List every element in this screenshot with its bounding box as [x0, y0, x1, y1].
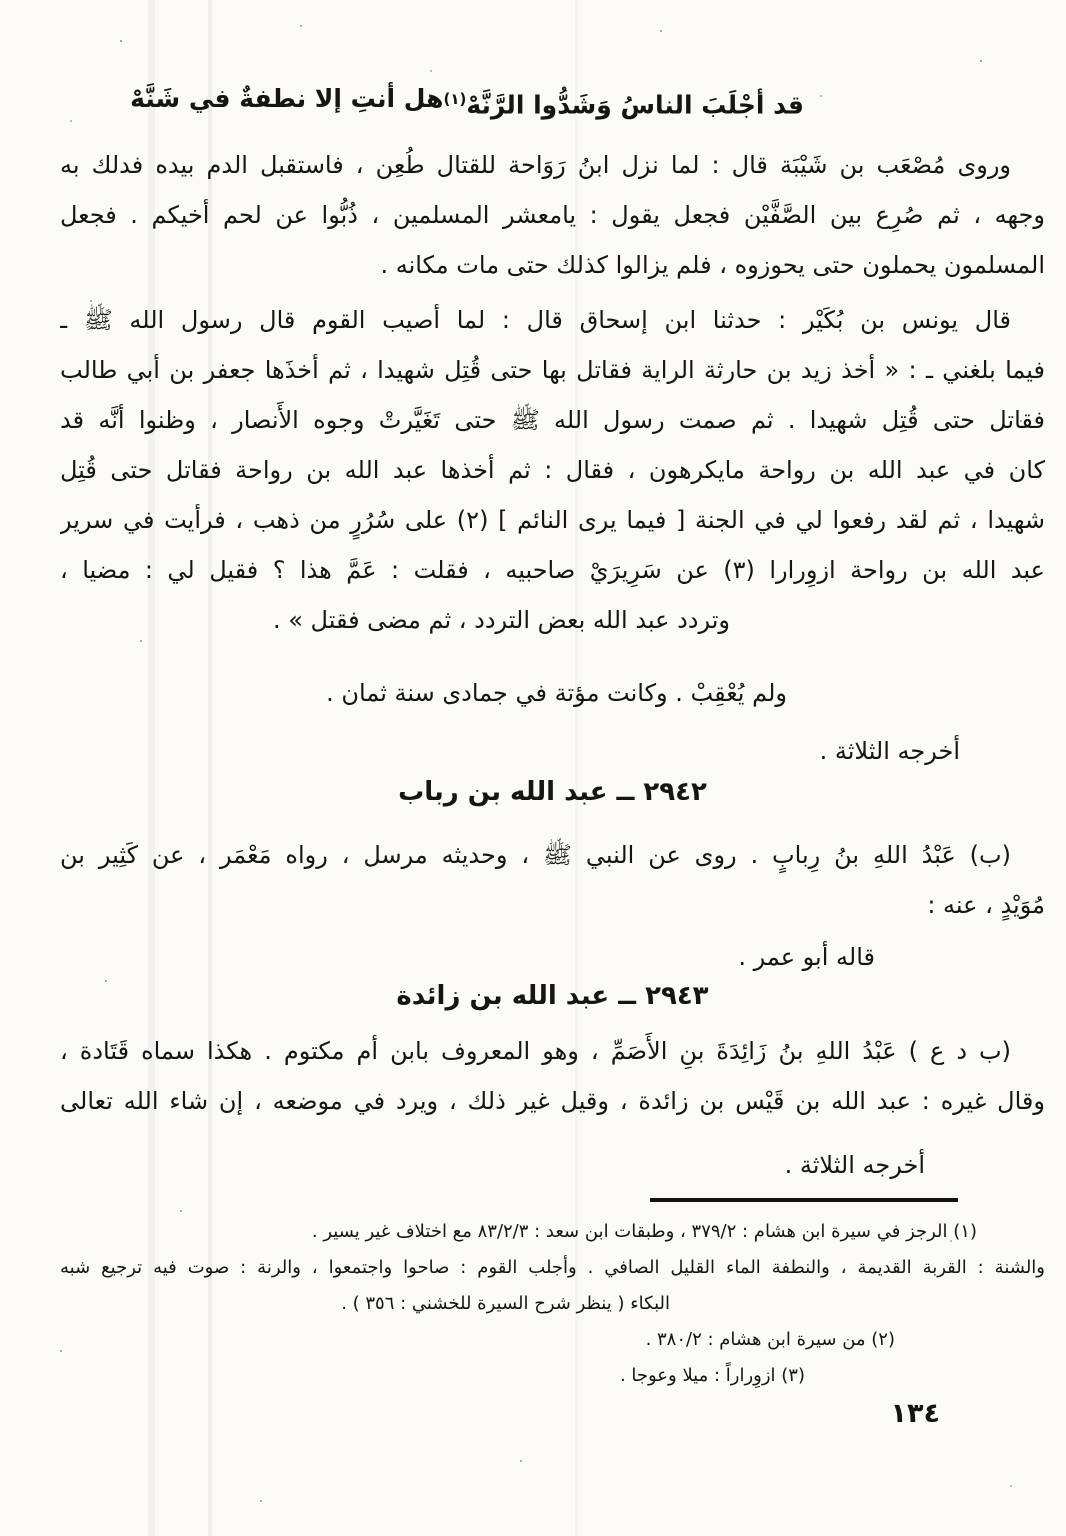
- body-line: فيما بلغني ـ : « أخذ زيد بن حارثة الراية…: [60, 345, 1045, 395]
- body-line: وقال غيره : عبد الله بن قَيْس بن زائدة ،…: [60, 1076, 1045, 1126]
- entry-2942-heading-row: ٢٩٤٢ ــ عبد الله بن رباب: [60, 770, 1045, 814]
- takhrij-line-1: أخرجه الثلاثة .: [60, 726, 1045, 776]
- body-line: وجهه ، ثم صُرِع بين الصَّفَّيْن فجعل يقو…: [60, 190, 1045, 240]
- body-line: (ب) عَبْدُ اللهِ بنُ رِبابٍ . روى عن الن…: [60, 830, 1045, 880]
- footnote-line: البكاء ( ينظر شرح السيرة للخشني : ٣٥٦ ) …: [60, 1286, 1045, 1322]
- entry-2943-takhrij: أخرجه الثلاثة .: [60, 1140, 1045, 1190]
- footnote-line: والشنة : القربة القديمة ، والنطفة الماء …: [60, 1250, 1045, 1286]
- footnotes-block: (١) الرجز في سيرة ابن هشام : ٣٧٩/٢ ، وطب…: [60, 1214, 1045, 1394]
- verse-left-hemistich: قد أجْلَبَ الناسُ وَشَدُّوا الرَّنَّهْ(١…: [443, 76, 804, 128]
- takhrij-text: أخرجه الثلاثة .: [60, 726, 1045, 776]
- scan-speckles: [0, 0, 2, 2]
- verse-right-hemistich: هل أنتِ إلا نطفةٌ في شَنَّهْ: [130, 76, 443, 128]
- body-line: شهيدا ، ثم لقد رفعوا لي في الجنة [ فيما …: [60, 495, 1045, 545]
- entry-2943-body: (ب د ع ) عَبْدُ اللهِ بنُ زَائِدَةَ بنِ …: [60, 1026, 1045, 1126]
- body-line: كان في عبد الله بن رواحة مايكرهون ، فقال…: [60, 445, 1045, 495]
- scanned-book-page: قد أجْلَبَ الناسُ وَشَدُّوا الرَّنَّهْ(١…: [0, 0, 1066, 1536]
- closing-block: ولم يُعْقِبْ . وكانت مؤتة في جمادى سنة ث…: [60, 668, 1045, 718]
- page-number: ١٣٤: [891, 1396, 940, 1432]
- footnote-line: (٢) من سيرة ابن هشام : ٣٨٠/٢ .: [60, 1322, 1045, 1358]
- body-line: المسلمون يحملون حتى يحوزوه ، فلم يزالوا …: [60, 240, 1045, 290]
- paragraph-yunus: قال يونس بن بُكَيْر : حدثنا ابن إسحاق قا…: [60, 295, 1045, 645]
- mutah-date-line: ولم يُعْقِبْ . وكانت مؤتة في جمادى سنة ث…: [60, 668, 1045, 718]
- entry-2942-body: (ب) عَبْدُ اللهِ بنُ رِبابٍ . روى عن الن…: [60, 830, 1045, 930]
- paragraph-musab: وروى مُصْعَب بن شَيْبَة قال : لما نزل اب…: [60, 140, 1045, 290]
- body-line: عبد الله بن رواحة ازوِرارا (٣) عن سَرِير…: [60, 545, 1045, 595]
- footnote-divider: [650, 1198, 958, 1202]
- body-line: وتردد عبد الله بعض التردد ، ثم مضى فقتل …: [60, 595, 1045, 645]
- body-line: (ب د ع ) عَبْدُ اللهِ بنُ زَائِدَةَ بنِ …: [60, 1026, 1045, 1076]
- takhrij-text: أخرجه الثلاثة .: [60, 1140, 1045, 1190]
- verse-left-text: قد أجْلَبَ الناسُ وَشَدُّوا الرَّنَّهْ: [466, 90, 804, 119]
- footnote-line: (٣) ازوِراراً : ميلا وعوجا .: [60, 1358, 1045, 1394]
- body-line: فقاتل حتى قُتِل شهيدا . ثم صمت رسول الله…: [60, 395, 1045, 445]
- body-line: وروى مُصْعَب بن شَيْبَة قال : لما نزل اب…: [60, 140, 1045, 190]
- entry-2943-heading-row: ٢٩٤٣ ــ عبد الله بن زائدة: [60, 974, 1045, 1018]
- entry-heading: ٢٩٤٣ ــ عبد الله بن زائدة: [60, 974, 1045, 1018]
- entry-heading: ٢٩٤٢ ــ عبد الله بن رباب: [60, 770, 1045, 814]
- poetry-verse: قد أجْلَبَ الناسُ وَشَدُّوا الرَّنَّهْ(١…: [182, 76, 804, 128]
- body-line: مُوَيْدٍ ، عنه :: [60, 880, 1045, 930]
- body-line: قال يونس بن بُكَيْر : حدثنا ابن إسحاق قا…: [60, 295, 1045, 345]
- footnote-line: (١) الرجز في سيرة ابن هشام : ٣٧٩/٢ ، وطب…: [60, 1214, 1045, 1250]
- verse-footnote-ref: (١): [443, 90, 466, 108]
